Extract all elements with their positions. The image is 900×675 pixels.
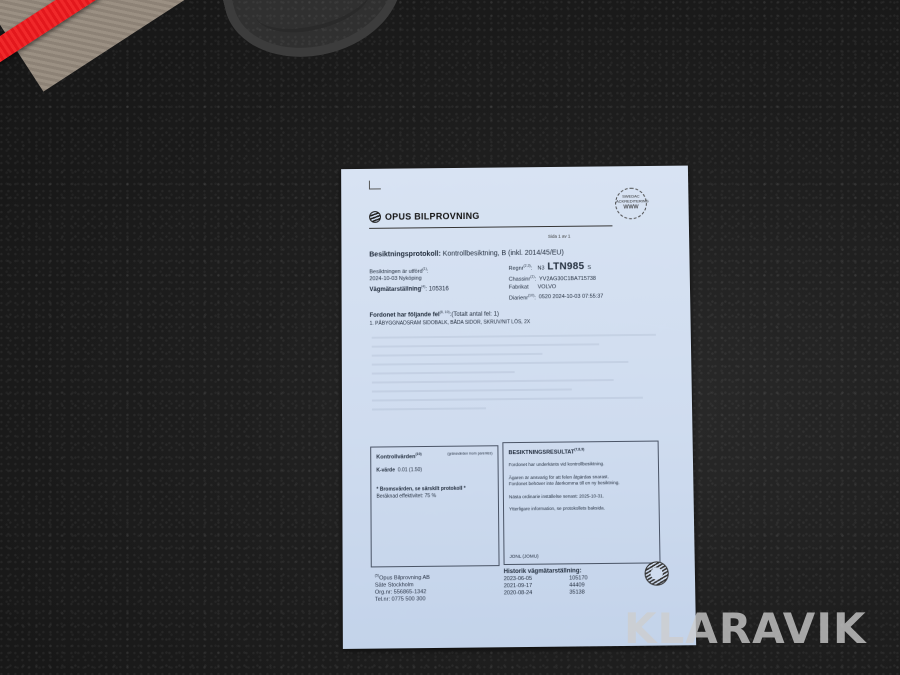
seal-crown-glyph: www [616, 203, 646, 211]
result-heading: BESIKTNINGSRESULTAT [508, 449, 574, 456]
reverse-side-show-through [372, 334, 658, 437]
document-title: Besiktningsprotokoll: Kontrollbesiktning… [369, 250, 564, 259]
header-divider [369, 225, 612, 229]
performed-value: 2024-10-03 Nyköping [369, 276, 428, 284]
fault-item: 1. PÅBYGGNADSRAM SIDOBALK, BÅDA SIDOR, S… [370, 318, 531, 328]
page-number: Sida 1 av 1 [548, 234, 570, 239]
klaravik-watermark: KLARAVIK [624, 604, 867, 653]
inspector-signature: JONL (JOMU) [510, 553, 539, 560]
globe-icon [369, 211, 381, 223]
vehicle-make: VOLVO [538, 283, 557, 291]
odometer-label: Vägmätarställning [369, 287, 421, 293]
k-value: 0.01 (1.50) [398, 467, 422, 473]
brand-name: OPUS BILPROVNING [385, 211, 480, 222]
odometer-history: Historik vägmätarställning: 2023-06-05 1… [504, 568, 588, 597]
title-bold: Besiktningsprotokoll: [369, 251, 441, 259]
faults-total: :(Totalt antal fel: 1) [450, 312, 499, 318]
inspection-info: Besiktningen är utförd(1): 2024-10-03 Ny… [369, 266, 428, 284]
odometer-reading: Vägmätarställning(4): 105316 [369, 284, 448, 293]
faults-heading: Fordonet har följande fel [370, 312, 440, 319]
brake-efficiency: Beräknad effektivitet: 75 % [376, 492, 492, 500]
photo-scene: OPUS BILPROVNING SWEDAC ACKREDITERING ww… [0, 0, 900, 675]
odometer-value: 105316 [429, 286, 449, 292]
history-heading: Historik vägmätarställning: [504, 568, 582, 575]
vehicle-info: Regnr(2,3): N3 LTN985 S Chassinr(1): YV2… [509, 261, 604, 302]
diary-number: 0520 2024-10-03 07:55:37 [539, 293, 604, 302]
control-values-box: Kontrollvärden(10) (gränsvärden inom par… [370, 445, 499, 567]
performed-label: Besiktningen är utförd [369, 269, 422, 275]
company-info: (5)Opus Bilprovning AB Säte Stockholm Or… [375, 572, 430, 604]
regnr-row: Regnr(2,3): N3 LTN985 S [509, 261, 603, 273]
seal-ring-text: SWEDAC ACKREDITERING [616, 194, 646, 204]
regnr-suffix: S [587, 264, 591, 272]
history-row: 2020-08-24 35138 [504, 589, 588, 597]
brand-logo: OPUS BILPROVNING [369, 210, 480, 223]
control-values-heading: Kontrollvärden [376, 454, 415, 460]
inspection-result-box: BESIKTNINGSRESULTAT(7,8,9) Fordonet har … [502, 441, 660, 565]
vehicle-class: N3 [537, 264, 544, 272]
title-rest: Kontrollbesiktning, B (inkl. 2014/45/EU) [443, 250, 564, 258]
result-line: Ytterligare information, se protokollets… [509, 505, 654, 513]
limit-hint: (gränsvärden inom parentes) [447, 450, 492, 460]
diary-row: Diarienr(10): 0520 2024-10-03 07:55:37 [509, 290, 604, 302]
registration-number: LTN985 [547, 263, 584, 271]
swedac-seal-icon: SWEDAC ACKREDITERING www [615, 188, 647, 220]
company-tel: Tel.nr: 0775 500 300 [375, 596, 430, 604]
company-name: Opus Bilprovning AB [379, 575, 430, 582]
k-value-label: K-värde [376, 467, 395, 473]
chassis-number: YV2AG30C1BA715738 [539, 275, 596, 284]
chassis-row: Chassinr(1): YV2AG30C1BA715738 [509, 272, 604, 284]
opus-globe-seal-icon [644, 561, 669, 586]
corner-mark [369, 188, 381, 189]
faults-section: Fordonet har följande fel(8, 10):(Totalt… [370, 307, 531, 328]
inspection-report: OPUS BILPROVNING SWEDAC ACKREDITERING ww… [341, 166, 696, 649]
